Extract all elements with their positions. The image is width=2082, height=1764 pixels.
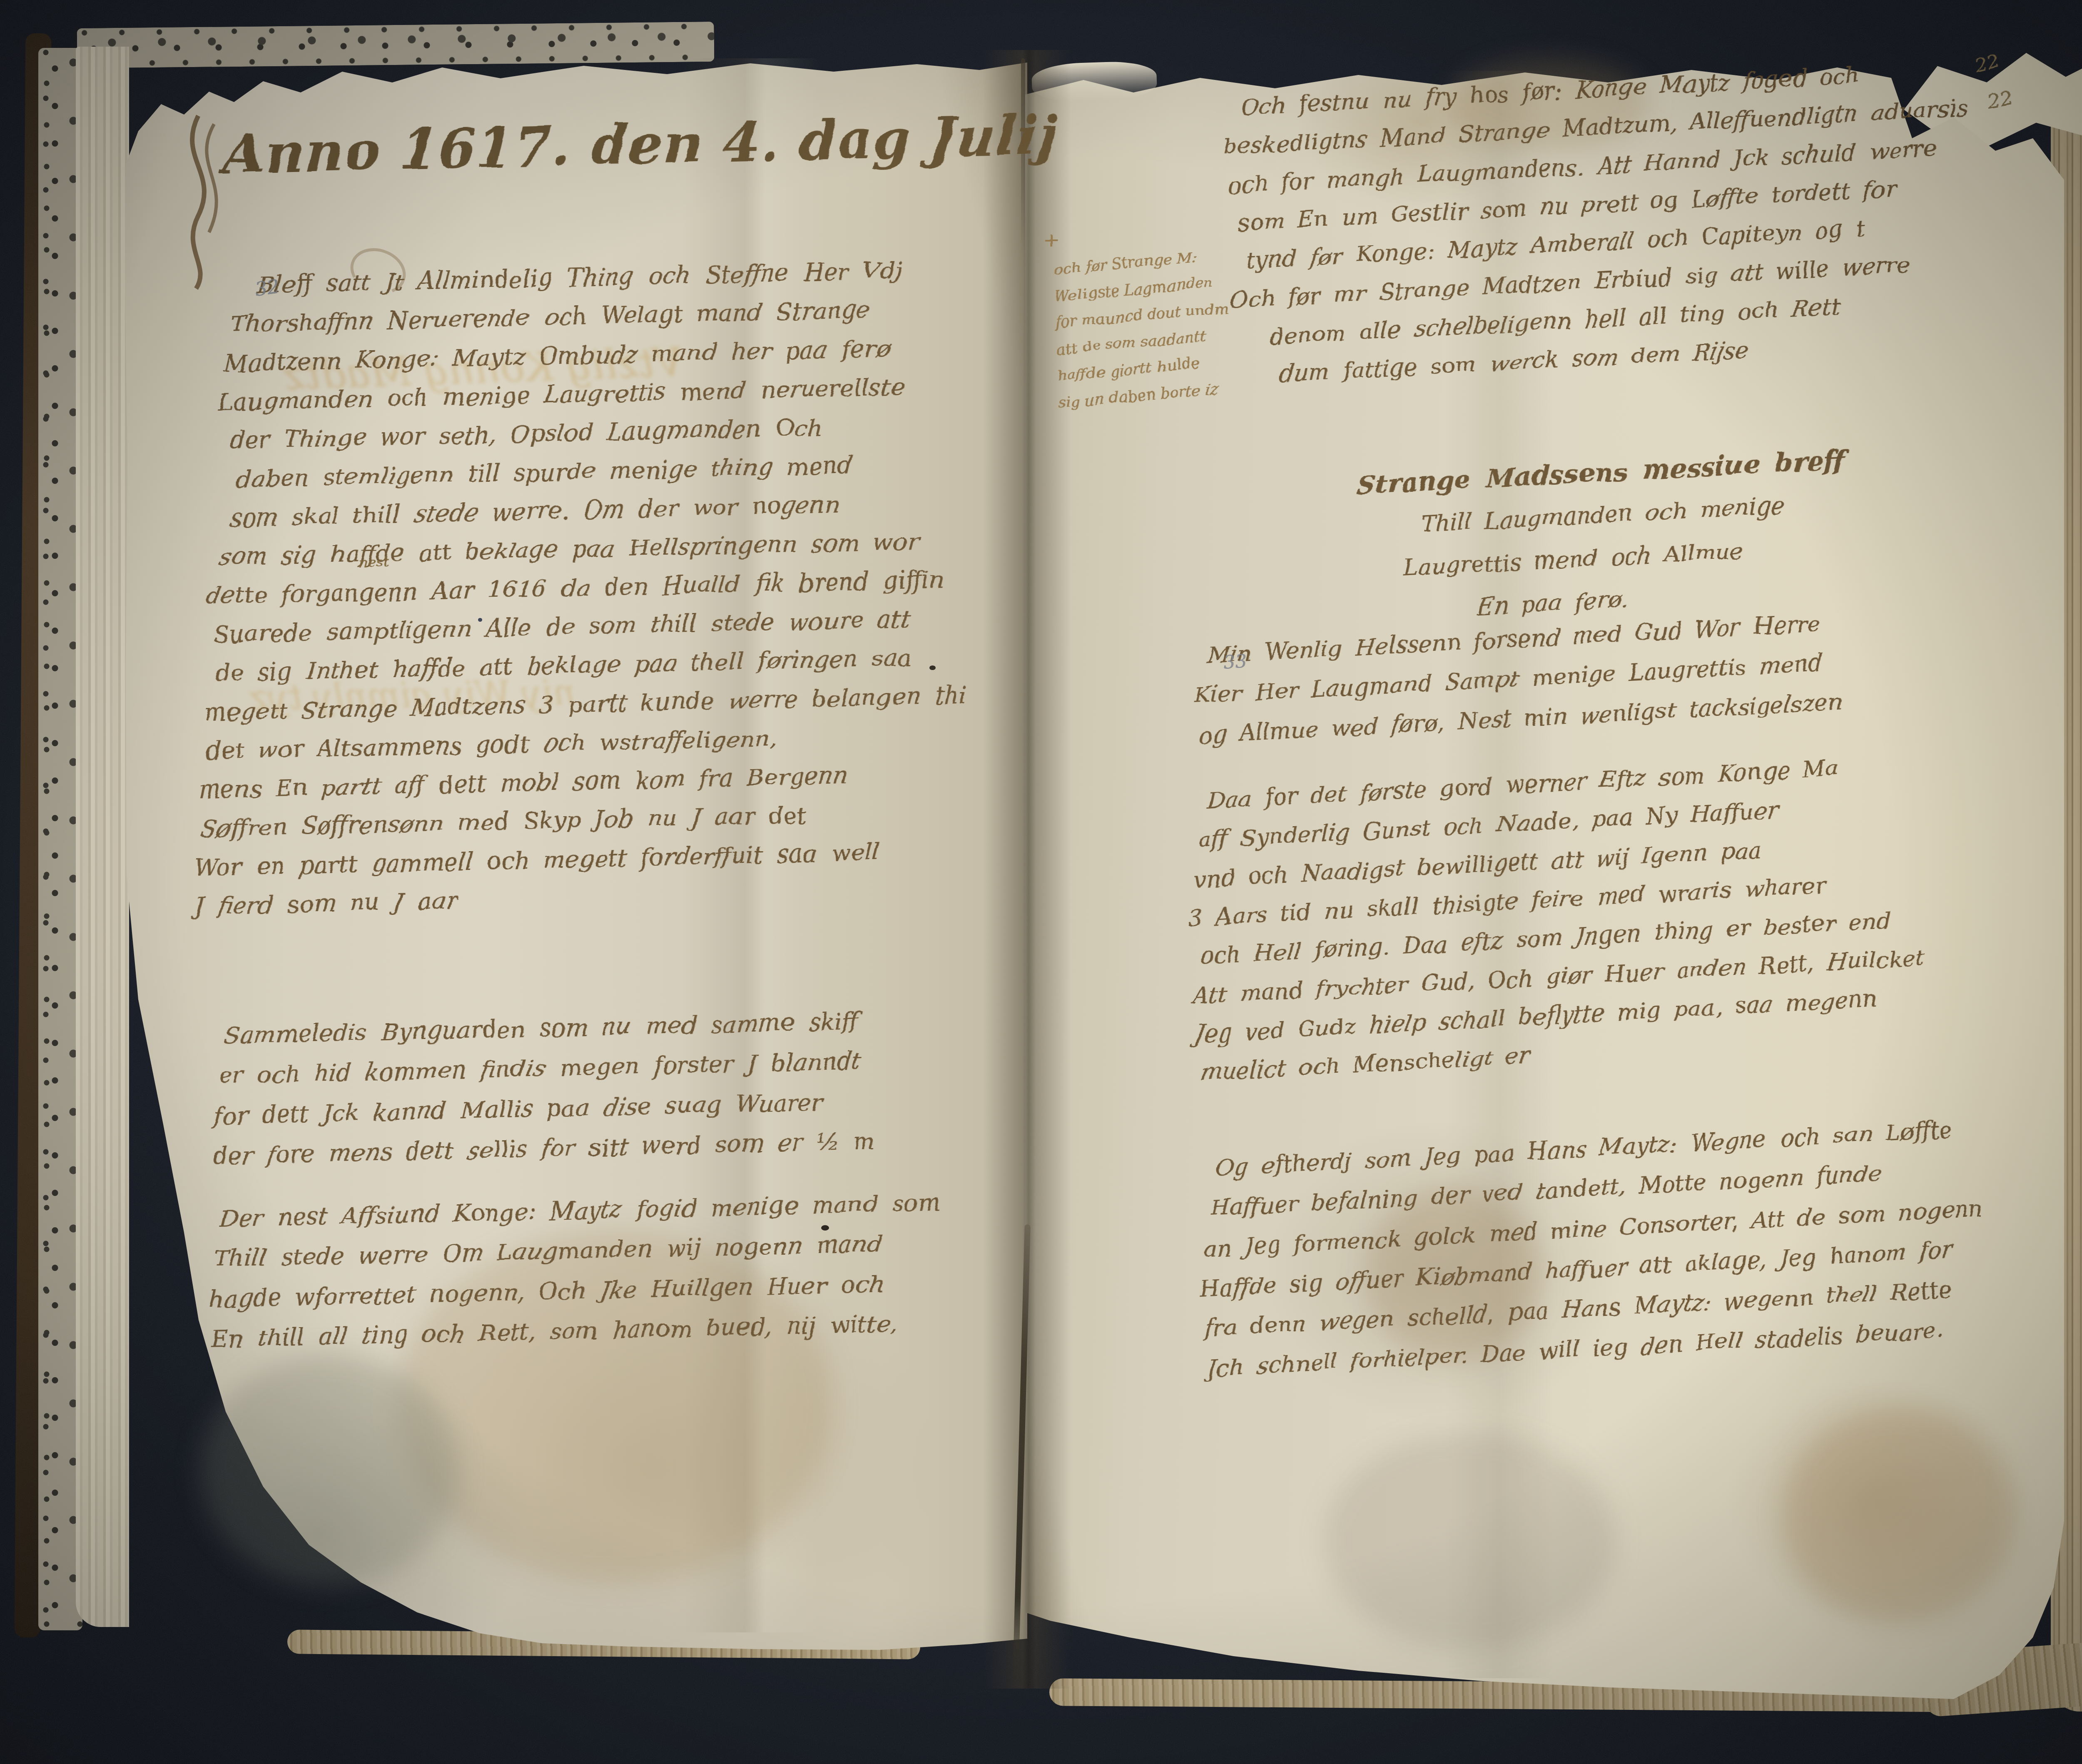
photo-vignette xyxy=(0,0,2082,1764)
photograph-background: Vtzlig Konng Madtz niy Wiy gimnly tyz An… xyxy=(0,0,2082,1764)
